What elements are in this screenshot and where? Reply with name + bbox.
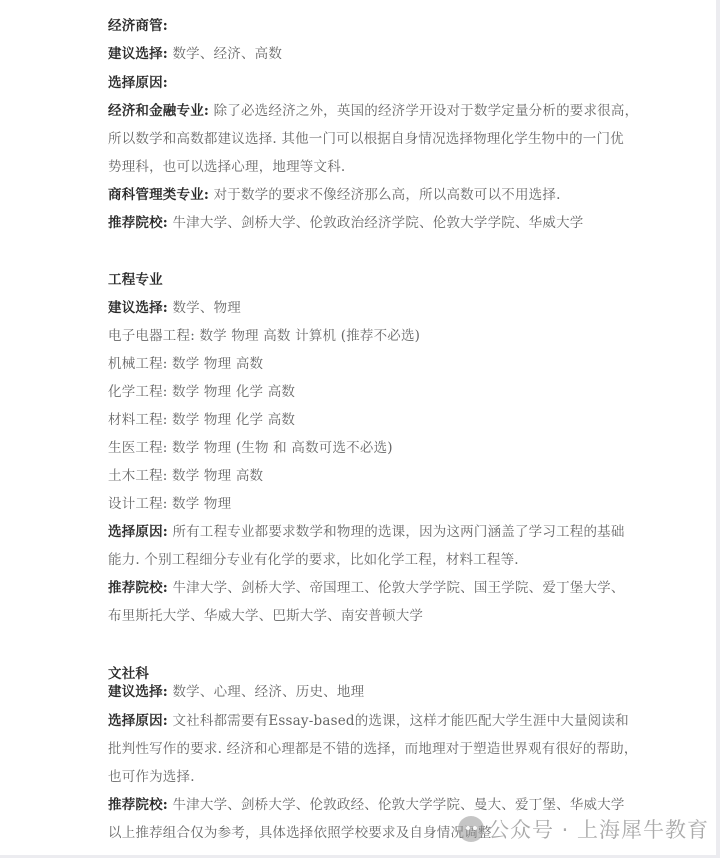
- econ-schools-label: 推荐院校:: [108, 215, 168, 231]
- econ-suggest-label: 建议选择:: [108, 46, 168, 62]
- econ-finance-text-1: 除了必选经济之外，英国的经济学开设对于数学定量分析的要求很高，: [209, 103, 638, 119]
- hum-suggest-line: 建议选择: 数学、心理、经济、历史、地理: [108, 682, 364, 702]
- econ-finance-label: 经济和金融专业:: [108, 103, 209, 119]
- eng-major-electronic: 电子电器工程: 数学 物理 高数 计算机 (推荐不必选): [108, 326, 420, 346]
- eng-reason-line-1: 选择原因: 所有工程专业都要求数学和物理的选课，因为这两门涵盖了学习工程的基础: [108, 522, 625, 542]
- eng-major-chemical: 化学工程: 数学 物理 化学 高数: [108, 382, 295, 402]
- eng-suggest-label: 建议选择:: [108, 300, 168, 316]
- eng-major-civil: 土木工程: 数学 物理 高数: [108, 466, 263, 486]
- econ-business-text: 对于数学的要求不像经济那么高，所以高数可以不用选择.: [209, 187, 560, 203]
- eng-major-biomedical: 生医工程: 数学 物理 (生物 和 高数可选不必选): [108, 438, 393, 458]
- hum-suggest-label: 建议选择:: [108, 684, 168, 700]
- hum-reason-label: 选择原因:: [108, 713, 168, 729]
- hum-note-line: 以上推荐组合仅为参考，具体选择依照学校要求及自身情况调整: [108, 823, 492, 843]
- eng-major-materials: 材料工程: 数学 物理 化学 高数: [108, 410, 295, 430]
- eng-schools-text-1: 牛津大学、剑桥大学、帝国理工、伦敦大学学院、国王学院、爱丁堡大学、: [168, 580, 625, 596]
- hum-schools-text: 牛津大学、剑桥大学、伦敦政经、伦敦大学学院、曼大、爱丁堡、华威大学: [168, 797, 625, 813]
- econ-suggest-line: 建议选择: 数学、经济、高数: [108, 44, 282, 64]
- hum-reason-line-1: 选择原因: 文社科都需要有Essay-based的选课，这样才能匹配大学生涯中大…: [108, 711, 629, 731]
- eng-major-mechanical: 机械工程: 数学 物理 高数: [108, 354, 263, 374]
- econ-business-label: 商科管理类专业:: [108, 187, 209, 203]
- econ-finance-line-2: 所以数学和高数都建议选择. 其他一门可以根据自身情况选择物理化学生物中的一门优: [108, 129, 624, 149]
- hum-reason-text-1: 文社科都需要有Essay-based的选课，这样才能匹配大学生涯中大量阅读和: [168, 713, 629, 729]
- hum-schools-label: 推荐院校:: [108, 797, 168, 813]
- econ-reason-label: 选择原因:: [108, 73, 168, 93]
- section-heading-econ: 经济商管:: [108, 16, 168, 36]
- page-right-border: [716, 0, 720, 858]
- hum-suggest-value: 数学、心理、经济、历史、地理: [168, 684, 364, 700]
- econ-schools-text: 牛津大学、剑桥大学、伦敦政治经济学院、伦敦大学学院、华威大学: [168, 215, 584, 231]
- article-page: 经济商管: 建议选择: 数学、经济、高数 选择原因: 经济和金融专业: 除了必选…: [0, 0, 716, 855]
- econ-suggest-value: 数学、经济、高数: [168, 46, 282, 62]
- eng-schools-line-2: 布里斯托大学、华威大学、巴斯大学、南安普顿大学: [108, 606, 423, 626]
- econ-business-line: 商科管理类专业: 对于数学的要求不像经济那么高，所以高数可以不用选择.: [108, 185, 561, 205]
- eng-suggest-value: 数学、物理: [168, 300, 241, 316]
- section-heading-engineering: 工程专业: [108, 270, 163, 290]
- eng-major-design: 设计工程: 数学 物理: [108, 494, 231, 514]
- eng-schools-line-1: 推荐院校: 牛津大学、剑桥大学、帝国理工、伦敦大学学院、国王学院、爱丁堡大学、: [108, 578, 625, 598]
- eng-reason-label: 选择原因:: [108, 524, 168, 540]
- section-heading-humanities: 文社科: [108, 664, 149, 684]
- eng-reason-line-2: 能力. 个别工程细分专业有化学的要求，比如化学工程，材料工程等.: [108, 550, 519, 570]
- eng-schools-label: 推荐院校:: [108, 580, 168, 596]
- eng-reason-text-1: 所有工程专业都要求数学和物理的选课，因为这两门涵盖了学习工程的基础: [168, 524, 625, 540]
- econ-finance-line-3: 势理科，也可以选择心理，地理等文科.: [108, 157, 345, 177]
- hum-reason-line-3: 也可作为选择.: [108, 767, 195, 787]
- hum-schools-line: 推荐院校: 牛津大学、剑桥大学、伦敦政经、伦敦大学学院、曼大、爱丁堡、华威大学: [108, 795, 625, 815]
- econ-schools-line: 推荐院校: 牛津大学、剑桥大学、伦敦政治经济学院、伦敦大学学院、华威大学: [108, 213, 583, 233]
- hum-reason-line-2: 批判性写作的要求. 经济和心理都是不错的选择，而地理对于塑造世界观有很好的帮助，: [108, 739, 638, 759]
- econ-finance-line-1: 经济和金融专业: 除了必选经济之外，英国的经济学开设对于数学定量分析的要求很高，: [108, 101, 638, 121]
- eng-suggest-line: 建议选择: 数学、物理: [108, 298, 241, 318]
